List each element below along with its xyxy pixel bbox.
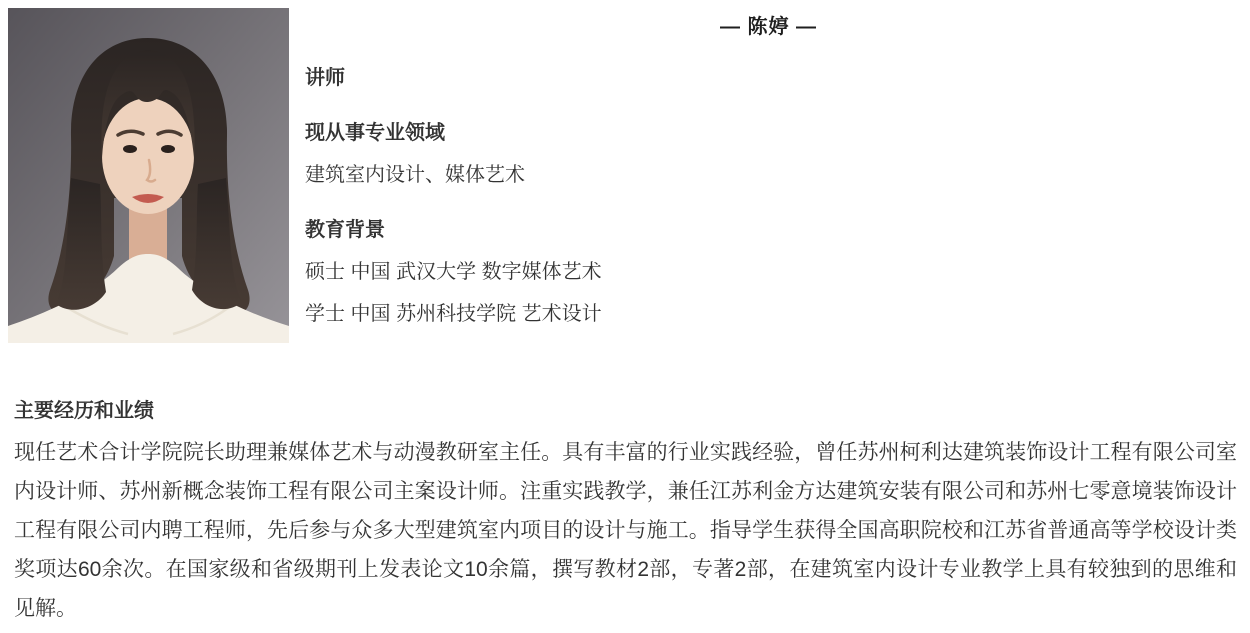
- portrait-photo: [8, 8, 289, 343]
- profile-name: — 陈婷 —: [305, 13, 1232, 41]
- field-section-heading: 现从事专业领域: [305, 120, 1232, 146]
- bio-paragraph: 现任艺术合计学院院长助理兼媒体艺术与动漫教研室主任。具有丰富的行业实践经验，曾任…: [14, 433, 1237, 628]
- profile-info: — 陈婷 — 讲师 现从事专业领域 建筑室内设计、媒体艺术 教育背景 硕士 中国…: [305, 0, 1232, 327]
- eye-left: [123, 145, 137, 153]
- profile-header: — 陈婷 — 讲师 现从事专业领域 建筑室内设计、媒体艺术 教育背景 硕士 中国…: [0, 0, 1250, 343]
- bio-heading: 主要经历和业绩: [14, 398, 1237, 425]
- faculty-profile-page: — 陈婷 — 讲师 现从事专业领域 建筑室内设计、媒体艺术 教育背景 硕士 中国…: [0, 0, 1250, 633]
- profile-position: 讲师: [305, 65, 1232, 91]
- eye-right: [161, 145, 175, 153]
- education-section-heading: 教育背景: [305, 217, 1232, 243]
- education-line-master: 硕士 中国 武汉大学 数字媒体艺术: [305, 259, 1232, 285]
- portrait-illustration: [8, 8, 289, 343]
- field-section-line: 建筑室内设计、媒体艺术: [305, 162, 1232, 188]
- bio-section: 主要经历和业绩 现任艺术合计学院院长助理兼媒体艺术与动漫教研室主任。具有丰富的行…: [14, 398, 1237, 628]
- education-line-bachelor: 学士 中国 苏州科技学院 艺术设计: [305, 301, 1232, 327]
